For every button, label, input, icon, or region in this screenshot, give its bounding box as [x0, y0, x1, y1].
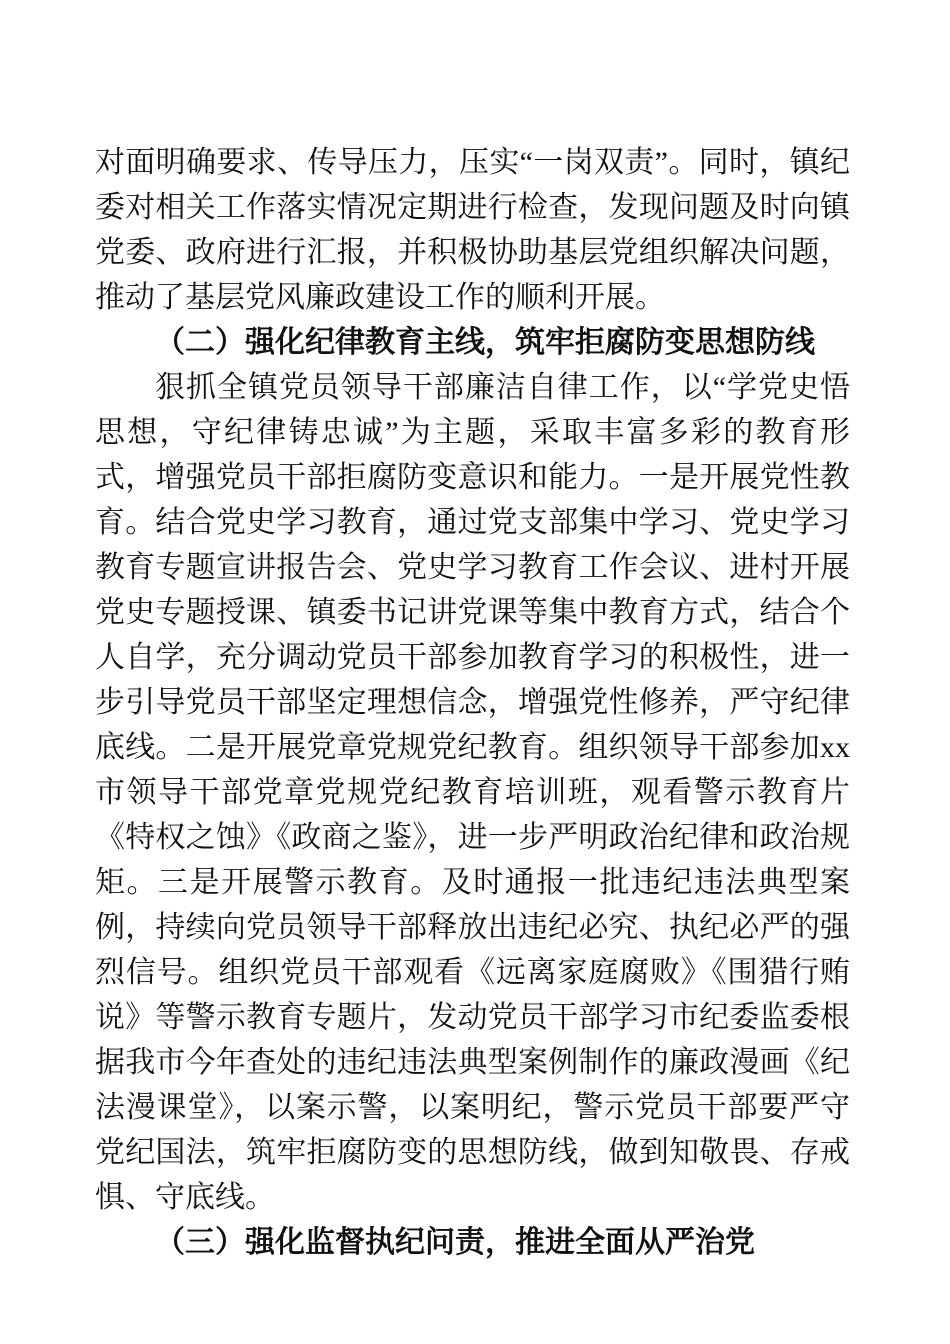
- body-paragraph: 对面明确要求、传导压力，压实“一岗双责”。同时，镇纪委对相关工作落实情况定期进行…: [95, 140, 850, 320]
- section-heading: （二）强化纪律教育主线，筑牢拒腐防变思想防线: [95, 320, 850, 365]
- body-paragraph: 狠抓全镇党员领导干部廉洁自律工作，以“学党史悟思想，守纪律铸忠诚”为主题，采取丰…: [95, 365, 850, 1220]
- section-heading: （三）强化监督执纪问责，推进全面从严治党: [95, 1220, 850, 1265]
- document-body: 对面明确要求、传导压力，压实“一岗双责”。同时，镇纪委对相关工作落实情况定期进行…: [95, 140, 850, 1265]
- document-page: 对面明确要求、传导压力，压实“一岗双责”。同时，镇纪委对相关工作落实情况定期进行…: [0, 0, 950, 1344]
